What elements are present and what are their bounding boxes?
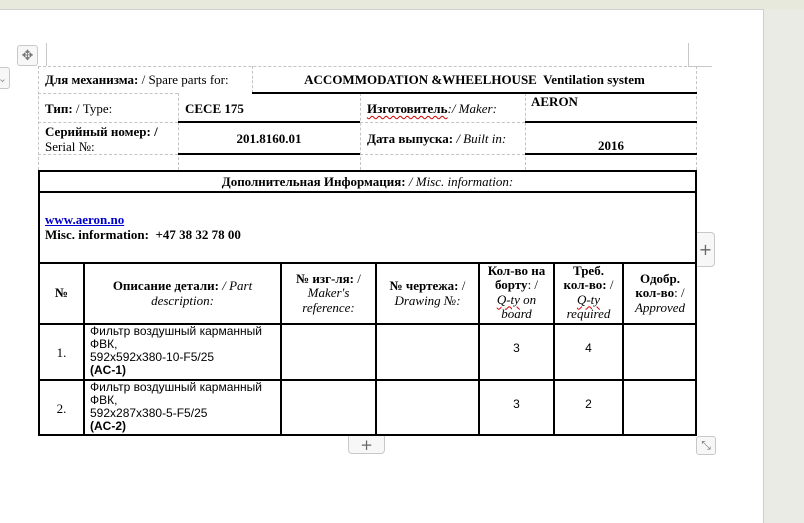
- col-header-drawing-ru: № чертежа:: [390, 278, 459, 293]
- gridline: [38, 66, 697, 67]
- part-code: (AC-2): [90, 420, 280, 433]
- add-column-button[interactable]: +: [697, 232, 715, 267]
- website-link[interactable]: www.aeron.no: [45, 212, 124, 227]
- misc-info-content: www.aeron.no Misc. information: +47 38 3…: [45, 212, 241, 242]
- misc-info-title: Дополнительная Информация: / Misc. infor…: [38, 174, 697, 189]
- built-label-ru: Дата выпуска:: [367, 131, 453, 146]
- maker-ref-cell[interactable]: [282, 381, 375, 435]
- spare-parts-label-en: / Spare parts for:: [138, 72, 228, 87]
- margin-guide: [688, 43, 689, 66]
- type-label-en: / Type:: [73, 101, 113, 116]
- plus-icon: +: [360, 436, 373, 454]
- col-header-description: Описание детали: / Part description:: [85, 264, 280, 323]
- underline: [252, 92, 697, 94]
- part-description: Фильтр воздушный карманныйФВК,592x592x38…: [90, 325, 280, 377]
- misc-title-ru: Дополнительная Информация:: [222, 174, 406, 189]
- col-header-maker-ref-ru: № изг-ля:: [296, 271, 354, 286]
- built-label: Дата выпуска: / Built in:: [367, 131, 506, 146]
- maker-value: AERON: [531, 94, 578, 109]
- table-resize-handle[interactable]: ⤡: [696, 436, 716, 455]
- col-header-approved: Одобр. кол-во: / Approved: [624, 264, 696, 323]
- underline: [525, 153, 697, 155]
- gridline: [38, 66, 39, 170]
- serial-label: Серийный номер: / Serial №:: [45, 124, 158, 154]
- col-header-qty-on-board: Кол-во на борту: / Q-ty on board: [480, 262, 553, 323]
- misc-title-en: / Misc. information:: [406, 174, 514, 189]
- chevron-down-icon: ⌄: [0, 72, 7, 85]
- col-header-drawing: № чертежа: / Drawing №:: [377, 264, 478, 323]
- drawing-cell[interactable]: [377, 381, 478, 435]
- plus-icon: +: [699, 240, 712, 259]
- collapse-toggle-button[interactable]: ⌄: [0, 67, 10, 89]
- built-value: 2016: [525, 138, 697, 153]
- top-bar: [0, 0, 804, 9]
- approved-cell[interactable]: [624, 325, 696, 379]
- row-border: [38, 191, 697, 193]
- table-move-handle[interactable]: ✥: [17, 45, 38, 66]
- approved-cell[interactable]: [624, 381, 696, 435]
- underline: [525, 121, 697, 123]
- part-code: (AC-1): [90, 364, 280, 377]
- col-header-qty-required: Треб. кол-во: / Q-ty required: [555, 262, 622, 323]
- maker-label: Изготовитель:/ Maker:: [367, 101, 497, 116]
- qty-required-cell[interactable]: 4: [555, 342, 622, 355]
- row-number: 2.: [40, 381, 83, 435]
- col-header-no-label: №: [55, 286, 68, 301]
- gridline: [360, 154, 525, 155]
- gridline: [360, 122, 525, 123]
- add-row-button[interactable]: +: [348, 436, 385, 454]
- gridline: [38, 93, 178, 94]
- qty-required-cell[interactable]: 2: [555, 398, 622, 411]
- col-header-maker-ref: № изг-ля: / Maker's reference:: [282, 264, 375, 323]
- maker-label-en: :/ Maker:: [447, 101, 496, 116]
- part-description-line: Фильтр воздушный карманный: [90, 381, 280, 394]
- gridline: [360, 93, 361, 170]
- gridline: [38, 122, 178, 123]
- drawing-cell[interactable]: [377, 325, 478, 379]
- type-label-ru: Тип:: [45, 101, 73, 116]
- type-value: CECE 175: [185, 101, 244, 116]
- maker-label-ru: Изготовитель: [367, 101, 447, 116]
- gridline: [525, 93, 526, 170]
- serial-label-ru: Серийный номер: /: [45, 124, 158, 139]
- serial-value: 201.8160.01: [178, 131, 360, 146]
- move-icon: ✥: [22, 48, 34, 64]
- underline: [178, 153, 360, 155]
- spare-parts-label-ru: Для механизма:: [45, 72, 138, 87]
- type-label: Тип: / Type:: [45, 101, 112, 116]
- spare-parts-label: Для механизма: / Spare parts for:: [45, 72, 229, 87]
- built-label-en: / Built in:: [453, 131, 506, 146]
- row-number: 1.: [40, 325, 83, 379]
- resize-icon: ⤡: [701, 438, 711, 453]
- maker-ref-cell[interactable]: [282, 325, 375, 379]
- part-description: Фильтр воздушный карманныйФВК,592x287x38…: [90, 381, 280, 433]
- serial-label-en: Serial №:: [45, 139, 158, 154]
- phone-line: Misc. information: +47 38 32 78 00: [45, 227, 241, 242]
- gridline: [38, 154, 178, 155]
- margin-guide: [46, 43, 47, 66]
- underline: [178, 121, 360, 123]
- qty-on-board-cell[interactable]: 3: [480, 342, 553, 355]
- col-header-no: №: [40, 264, 83, 323]
- part-description-line: Фильтр воздушный карманный: [90, 325, 280, 338]
- spare-parts-value: ACCOMMODATION &WHEELHOUSE Ventilation sy…: [252, 72, 697, 87]
- col-header-description-ru: Описание детали:: [113, 278, 219, 293]
- qty-on-board-cell[interactable]: 3: [480, 398, 553, 411]
